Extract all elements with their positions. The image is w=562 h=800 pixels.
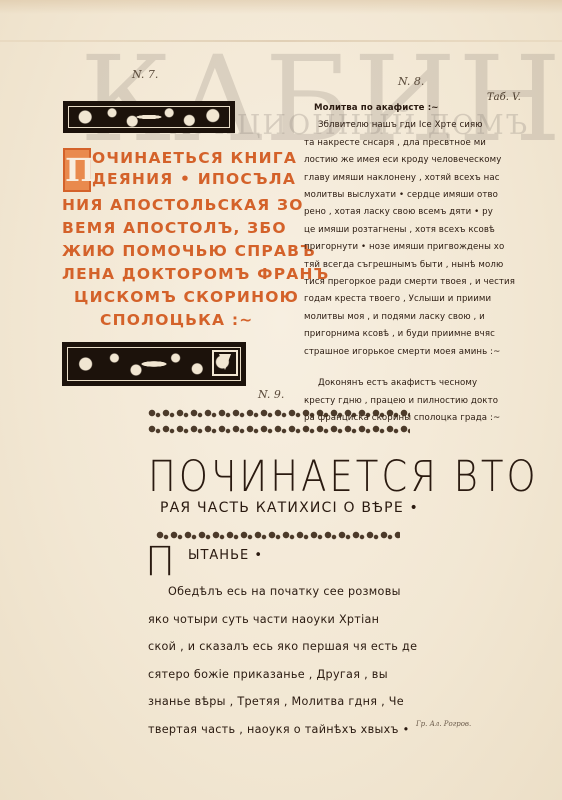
n7-line-5: ЖИЮ ПОМОЧЬЮ СПРАВЪ [62, 241, 316, 262]
question-initial-letter: П [145, 542, 175, 582]
paper-fold-line [0, 40, 562, 42]
ornament-frame [68, 106, 230, 128]
n8-line: Зблвителю нашъ гди Ісе Хрте сияю [304, 117, 504, 134]
n9-title: ПОЧИНАЕТСЯ ВТО [148, 452, 539, 501]
n9-line: твертая часть , наоукя о тайнѣхъ хвыхъ • [148, 716, 438, 744]
n9-line: Обедѣлъ есь на початку сее розмовы [148, 578, 438, 606]
n8-line: лостию же имея еси кроду человеческому [304, 152, 504, 169]
section-label-n7: N. 7. [132, 68, 158, 81]
vine-border-ornament [148, 425, 410, 434]
n7-line-3: НИЯ АПОСТОЛЬСКАЯ ЗО [62, 195, 304, 216]
n8-line: молитвы моя , и подями ласку свою , и [304, 309, 504, 326]
vine-border-ornament [156, 531, 400, 540]
engraver-signature: Гр. Ал. Рогров. [416, 720, 471, 728]
n7-line-6: ЛЕНА ДОКТОРОМЪ ФРАНЪ [62, 264, 329, 285]
vine-border-ornament [148, 409, 410, 418]
n8-line: пригорнути • нозе имяши пригвождены хо [304, 239, 504, 256]
question-heading: ЫТАНЬЕ • [188, 548, 263, 563]
n8-line: главу имяши наклонену , хотяй всехъ нас [304, 170, 504, 187]
n8-colophon-line: кресту гдню , працею и пилностию докто [304, 393, 504, 410]
n8-line: страшное игорькое смерти моея аминь :~ [304, 344, 504, 361]
n7-line-2: ДЕЯНИЯ • ИПОСЪЛА [92, 169, 296, 190]
n9-line: знанье вѣры , Третяя , Молитва гдня , Че [148, 688, 438, 716]
n8-line: тися прегоркое ради смерти твоея , и чес… [304, 274, 504, 291]
n9-line: ской , и сказалъ есь яко першая чя есть … [148, 633, 438, 661]
n8-line: годам креста твоего , Услыши и приими [304, 291, 504, 308]
paper-stain [0, 0, 562, 14]
n8-text-column: Молитва по акафисте :~ Зблвителю нашъ гд… [304, 100, 504, 427]
section-label-n8: N. 8. [398, 75, 424, 88]
n9-subtitle: РАЯ ЧАСТЬ КАТИХИСІ О ВѢРЕ • [160, 500, 419, 516]
n8-line: та накресте снсаря , дла пресвтное ми [304, 135, 504, 152]
n8-line: тяй всегда съгрешнымъ быти , нынѣ молю [304, 257, 504, 274]
section-label-n9: N. 9. [258, 388, 284, 401]
n8-heading: Молитва по акафисте :~ [304, 100, 504, 117]
n8-line: це имяши розтагнены , хотя всехъ ксовѣ [304, 222, 504, 239]
n9-line: яко чотыри суть части наоуки Хртіан [148, 606, 438, 634]
n7-line-8: СПОЛОЦЬКА :~ [100, 310, 253, 331]
n9-text-body: Обедѣлъ есь на початку сее розмовы яко ч… [148, 578, 438, 743]
n8-line: рено , хотая ласку свою всемъ дяти • ру [304, 204, 504, 221]
n9-line: сятеро божіе приказанье , Другая , вы [148, 661, 438, 689]
printer-mark-icon [212, 350, 238, 376]
n7-line-1: ОЧИНАЕТЬСЯ КНИГА [92, 148, 297, 169]
sun-and-vase-tailpiece-ornament [62, 342, 246, 386]
n8-line: молитвы выслухати • сердце имяши отво [304, 187, 504, 204]
n8-line: пригорнима ксовѣ , и буди приимне вчяс [304, 326, 504, 343]
n8-colophon-line: Доконянъ естъ акафистъ чесному [304, 375, 504, 392]
n7-line-7: ЦИСКОМЪ СКОРИНОЮ [74, 287, 299, 308]
spacer [304, 361, 504, 375]
n7-line-4: ВЕМЯ АПОСТОЛЪ, ЗБО [62, 218, 287, 239]
decorated-initial-letter: П [63, 148, 91, 192]
floral-headpiece-ornament [63, 101, 235, 133]
